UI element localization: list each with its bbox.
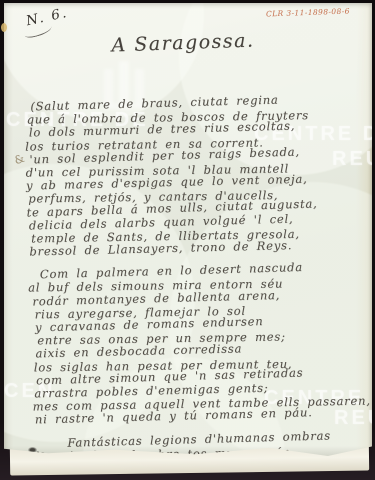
poem-body: (Salut mare de braus, ciutat regina que … xyxy=(22,93,372,462)
poem-title: A Saragossa. xyxy=(68,28,299,58)
manuscript-paper: CENTRE DE CENTRE DE REUS CEN CENTRE D RE… xyxy=(4,3,372,462)
archive-reference-code: CLR 3-11-1898-08-6 xyxy=(266,7,350,19)
poem-stanza-1: (Salut mare de braus, ciutat regina que … xyxy=(22,93,367,258)
paper-stain xyxy=(1,23,7,32)
poem-stanza-2: Com la palmera en lo desert nascuda al b… xyxy=(26,262,371,427)
manuscript-scan: CENTRE DE CENTRE DE REUS CEN CENTRE D RE… xyxy=(0,0,375,480)
